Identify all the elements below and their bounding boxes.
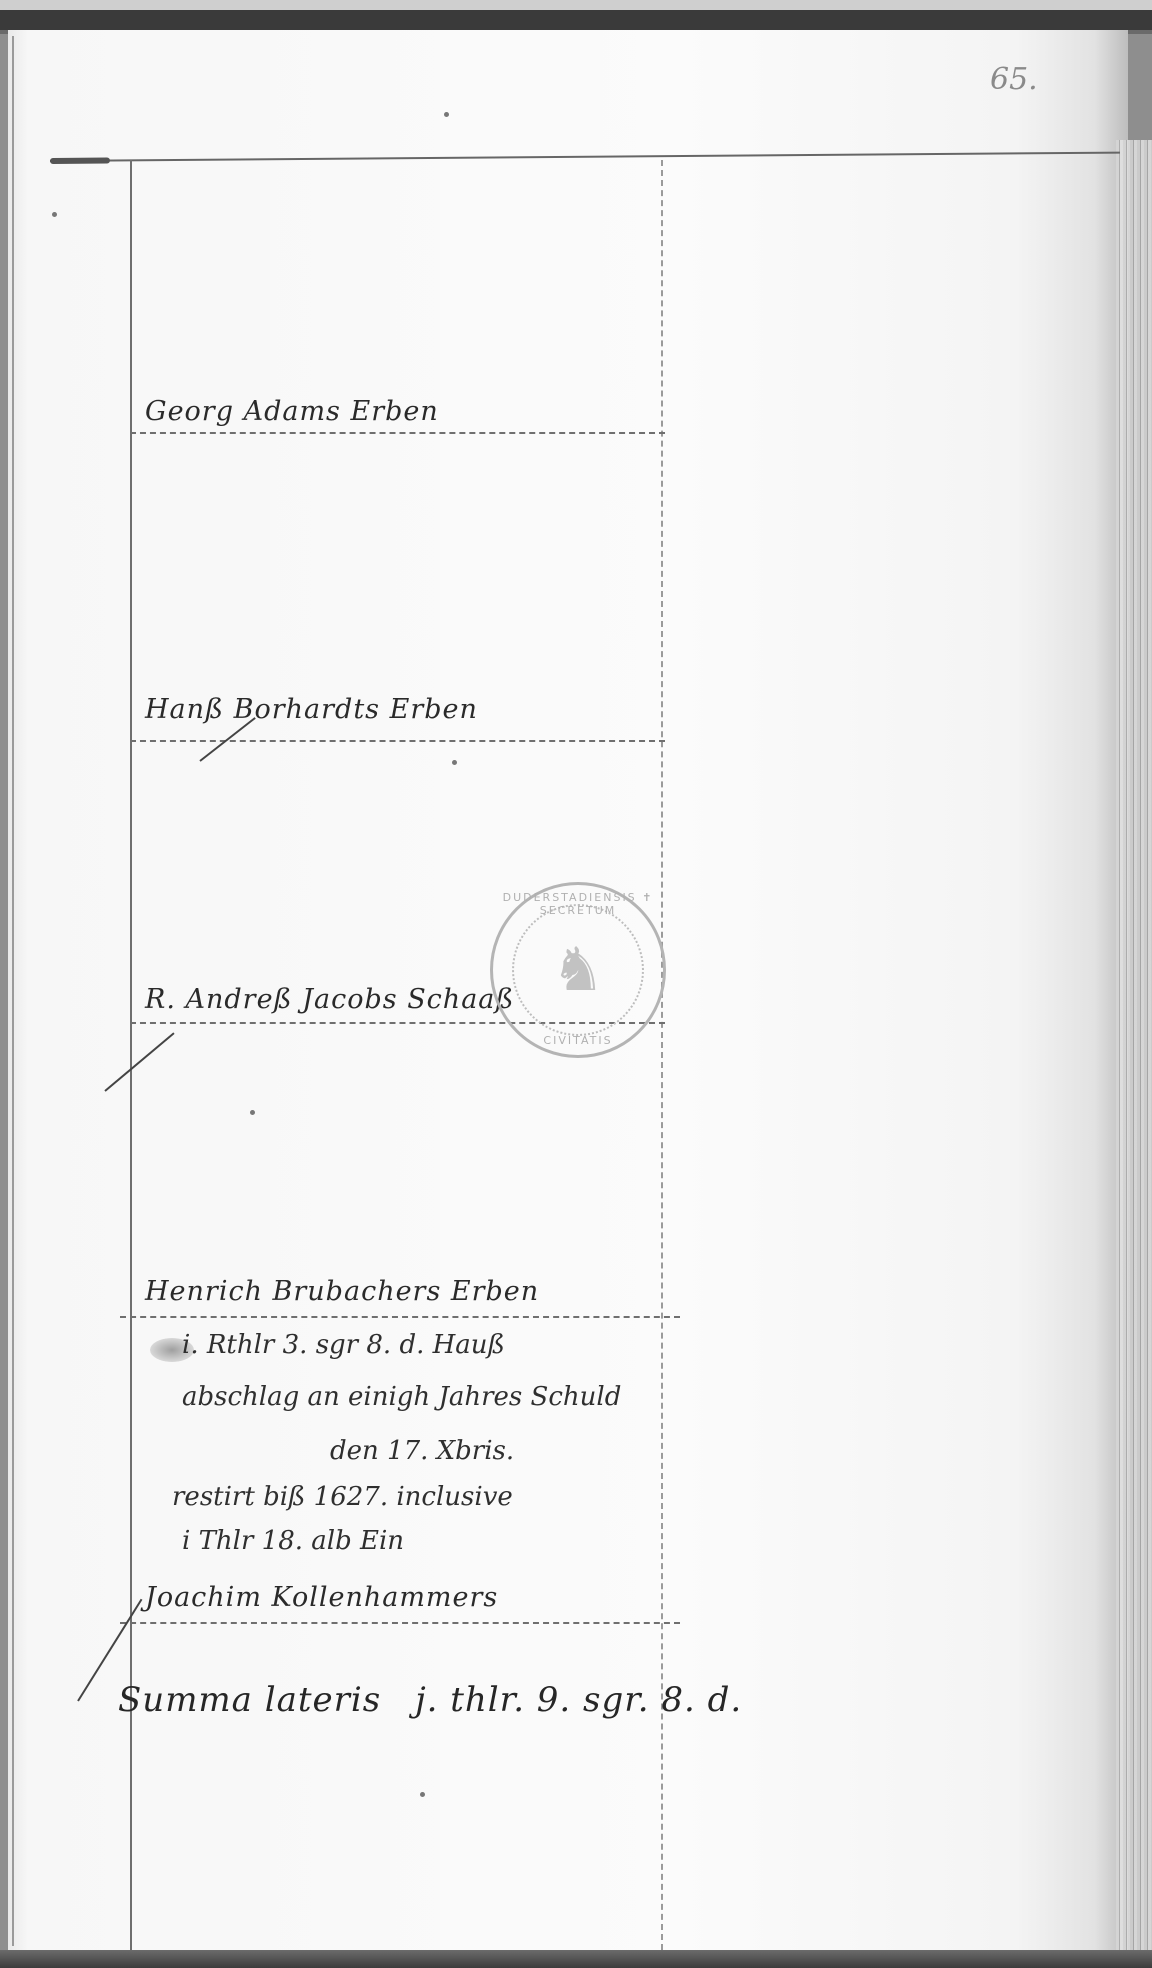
scan-top-edge: [0, 0, 1152, 34]
entry-name-5: Joachim Kollenhammers: [145, 1582, 498, 1613]
entry-4-note-5: i Thlr 18. alb Ein: [182, 1526, 404, 1556]
entry-name-4: Henrich Brubachers Erben: [145, 1276, 539, 1307]
page-number: 65.: [990, 62, 1038, 97]
entry-name-1: Georg Adams Erben: [145, 396, 439, 427]
page-total-label: Summa lateris: [118, 1680, 381, 1720]
entry-name-3: R. Andreß Jacobs Schaaß: [145, 984, 514, 1015]
paper-speck: [452, 760, 457, 765]
scan-bottom-edge: [0, 1950, 1152, 1968]
binding-gutter-line: [12, 36, 14, 1946]
seal-inscription-top: DUDERSTADIENSIS ✝ SECRETUM: [493, 891, 663, 917]
entry-4-note-3: den 17. Xbris.: [330, 1436, 514, 1466]
entry-4-note-1: i. Rthlr 3. sgr 8. d. Hauß: [182, 1330, 505, 1360]
entry-name-2: Hanß Borhardts Erben: [145, 694, 478, 725]
entry-rule-5: [120, 1622, 680, 1624]
entry-4-note-4: restirt biß 1627. inclusive: [172, 1482, 513, 1512]
page-total-value: j. thlr. 9. sgr. 8. d.: [415, 1680, 742, 1720]
page-stack-edges: [1116, 140, 1152, 1950]
archive-seal-stamp: DUDERSTADIENSIS ✝ SECRETUM ♞ CIVITATIS: [490, 882, 666, 1058]
entry-rule-2: [130, 740, 665, 742]
entry-rule-4: [120, 1316, 680, 1318]
paper-speck: [52, 212, 57, 217]
lion-emblem-icon: ♞: [551, 935, 605, 1005]
paper-speck: [250, 1110, 255, 1115]
entry-4-note-2: abschlag an einigh Jahres Schuld: [182, 1382, 621, 1412]
seal-emblem-ring: ♞: [512, 904, 644, 1036]
paper-speck: [420, 1792, 425, 1797]
paper-speck: [444, 112, 449, 117]
entry-rule-1: [130, 432, 665, 434]
page-total: Summa lateris j. thlr. 9. sgr. 8. d.: [118, 1680, 742, 1720]
seal-inscription-bottom: CIVITATIS: [493, 1034, 663, 1047]
